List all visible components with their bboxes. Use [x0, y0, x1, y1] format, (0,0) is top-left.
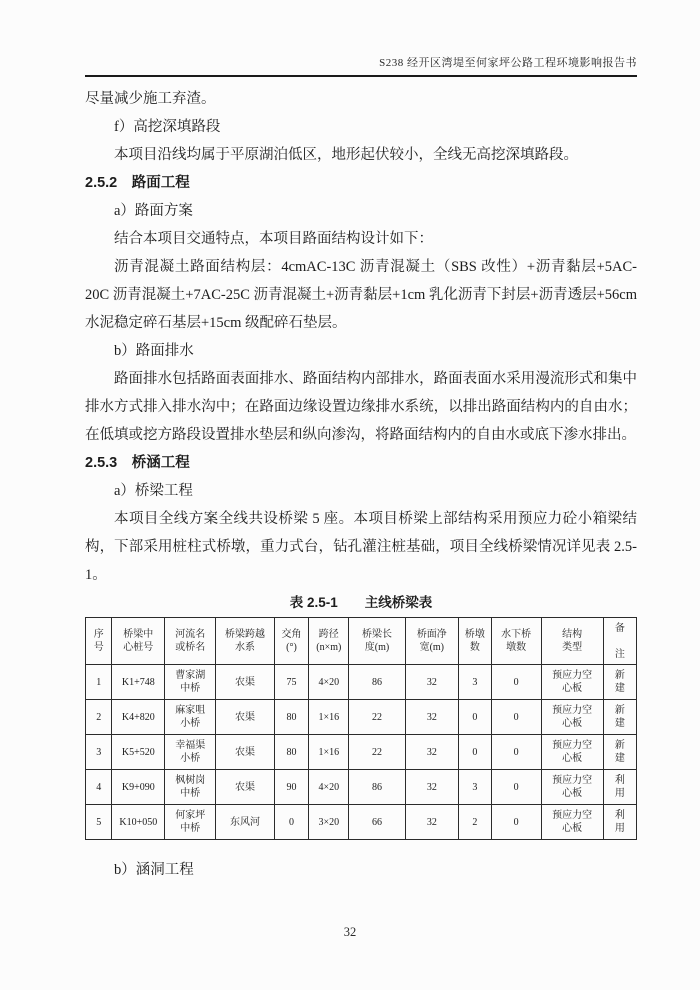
col-header-water-system: 桥梁跨越 水系: [216, 618, 275, 665]
table-cell: 86: [349, 665, 405, 700]
table-cell: 0: [491, 735, 541, 770]
table-row: 4 K9+090 枫树岗 中桥 农渠 90 4×20 86 32 3 0 预应力…: [86, 770, 637, 805]
main-bridge-table: 序 号 桥梁中 心桩号 河流名 或桥名 桥梁跨越 水系 交角 (°) 跨径 (n…: [85, 617, 637, 840]
table-cell: 3×20: [309, 805, 349, 840]
body-text-block: 尽量减少施工弃渣。 f）高挖深填路段 本项目沿线均属于平原湖泊低区，地形起伏较小…: [85, 85, 637, 589]
col-header-remark: 备 注: [603, 618, 636, 665]
table-cell: 0: [459, 735, 492, 770]
col-header-span: 跨径 (n×m): [309, 618, 349, 665]
paragraph-pavement-structure: 沥青混凝土路面结构层：4cmAC-13C 沥青混凝土（SBS 改性）+沥青黏层+…: [85, 253, 637, 337]
table-cell: 0: [491, 700, 541, 735]
col-header-length: 桥梁长 度(m): [349, 618, 405, 665]
paragraph-continuation: 尽量减少施工弃渣。: [85, 85, 637, 113]
table-cell: 0: [491, 770, 541, 805]
list-item-a-bridge: a）桥梁工程: [85, 477, 637, 505]
table-cell: 32: [405, 805, 458, 840]
page-content: S238 经开区湾堤至何家坪公路工程环境影响报告书 尽量减少施工弃渣。 f）高挖…: [85, 54, 637, 884]
table-cell: 1×16: [309, 700, 349, 735]
paragraph-drainage: 路面排水包括路面表面排水、路面结构内部排水，路面表面水采用漫流形式和集中排水方式…: [85, 365, 637, 449]
table-cell: 利 用: [603, 805, 636, 840]
table-cell: 90: [274, 770, 308, 805]
table-cell: 3: [459, 770, 492, 805]
col-header-stake: 桥梁中 心桩号: [112, 618, 165, 665]
list-item-b-drainage: b）路面排水: [85, 337, 637, 365]
table-cell: 新 建: [603, 665, 636, 700]
table-cell: 新 建: [603, 700, 636, 735]
table-caption: 表 2.5-1 主线桥梁表: [85, 591, 637, 611]
table-header-row: 序 号 桥梁中 心桩号 河流名 或桥名 桥梁跨越 水系 交角 (°) 跨径 (n…: [86, 618, 637, 665]
table-cell: 22: [349, 700, 405, 735]
table-cell: 新 建: [603, 735, 636, 770]
table-cell: K9+090: [112, 770, 165, 805]
section-heading-2-5-3: 2.5.3 桥涵工程: [85, 449, 637, 477]
table-cell: 何家坪 中桥: [165, 805, 216, 840]
section-heading-2-5-2: 2.5.2 路面工程: [85, 169, 637, 197]
table-cell: 32: [405, 770, 458, 805]
table-cell: 32: [405, 735, 458, 770]
col-header-seq: 序 号: [86, 618, 112, 665]
paragraph-terrain: 本项目沿线均属于平原湖泊低区，地形起伏较小，全线无高挖深填路段。: [85, 141, 637, 169]
table-cell: 幸福渠 小桥: [165, 735, 216, 770]
table-cell: 曹家湖 中桥: [165, 665, 216, 700]
table-row: 5 K10+050 何家坪 中桥 东风河 0 3×20 66 32 2 0 预应…: [86, 805, 637, 840]
table-cell: 预应力空 心板: [541, 770, 603, 805]
table-cell: K10+050: [112, 805, 165, 840]
table-cell: 86: [349, 770, 405, 805]
table-cell: 0: [491, 805, 541, 840]
col-header-river-name: 河流名 或桥名: [165, 618, 216, 665]
paragraph-traffic: 结合本项目交通特点，本项目路面结构设计如下：: [85, 225, 637, 253]
table-cell: 农渠: [216, 735, 275, 770]
list-item-f: f）高挖深填路段: [85, 113, 637, 141]
table-cell: K1+748: [112, 665, 165, 700]
table-cell: 4×20: [309, 665, 349, 700]
table-cell: 66: [349, 805, 405, 840]
table-cell: 2: [459, 805, 492, 840]
table-cell: 农渠: [216, 700, 275, 735]
table-cell: 预应力空 心板: [541, 700, 603, 735]
table-cell: 5: [86, 805, 112, 840]
col-header-underwater-piers: 水下桥 墩数: [491, 618, 541, 665]
table-cell: 预应力空 心板: [541, 735, 603, 770]
table-cell: 32: [405, 700, 458, 735]
col-header-angle: 交角 (°): [274, 618, 308, 665]
page-number: 32: [0, 925, 700, 940]
table-cell: 利 用: [603, 770, 636, 805]
table-cell: K4+820: [112, 700, 165, 735]
table-cell: 75: [274, 665, 308, 700]
table-cell: 1×16: [309, 735, 349, 770]
table-row: 1 K1+748 曹家湖 中桥 农渠 75 4×20 86 32 3 0 预应力…: [86, 665, 637, 700]
running-header: S238 经开区湾堤至何家坪公路工程环境影响报告书: [85, 54, 637, 77]
table-cell: K5+520: [112, 735, 165, 770]
table-cell: 0: [491, 665, 541, 700]
table-cell: 4: [86, 770, 112, 805]
table-cell: 预应力空 心板: [541, 805, 603, 840]
table-cell: 4×20: [309, 770, 349, 805]
list-item-a-pavement: a）路面方案: [85, 197, 637, 225]
table-cell: 1: [86, 665, 112, 700]
table-cell: 3: [86, 735, 112, 770]
table-cell: 3: [459, 665, 492, 700]
table-cell: 预应力空 心板: [541, 665, 603, 700]
col-header-structure-type: 结构 类型: [541, 618, 603, 665]
table-cell: 80: [274, 735, 308, 770]
paragraph-bridges: 本项目全线方案全线共设桥梁 5 座。本项目桥梁上部结构采用预应力砼小箱梁结构，下…: [85, 505, 637, 589]
col-header-deck-width: 桥面净 宽(m): [405, 618, 458, 665]
table-cell: 农渠: [216, 665, 275, 700]
table-row: 2 K4+820 麻家咀 小桥 农渠 80 1×16 22 32 0 0 预应力…: [86, 700, 637, 735]
table-cell: 0: [459, 700, 492, 735]
table-cell: 0: [274, 805, 308, 840]
document-page: S238 经开区湾堤至何家坪公路工程环境影响报告书 尽量减少施工弃渣。 f）高挖…: [0, 0, 700, 990]
col-header-pier-count: 桥墩 数: [459, 618, 492, 665]
table-cell: 32: [405, 665, 458, 700]
table-cell: 22: [349, 735, 405, 770]
table-cell: 枫树岗 中桥: [165, 770, 216, 805]
table-row: 3 K5+520 幸福渠 小桥 农渠 80 1×16 22 32 0 0 预应力…: [86, 735, 637, 770]
table-cell: 80: [274, 700, 308, 735]
table-cell: 农渠: [216, 770, 275, 805]
table-cell: 东风河: [216, 805, 275, 840]
list-item-b-culvert: b）涵洞工程: [85, 856, 637, 884]
table-cell: 麻家咀 小桥: [165, 700, 216, 735]
table-cell: 2: [86, 700, 112, 735]
